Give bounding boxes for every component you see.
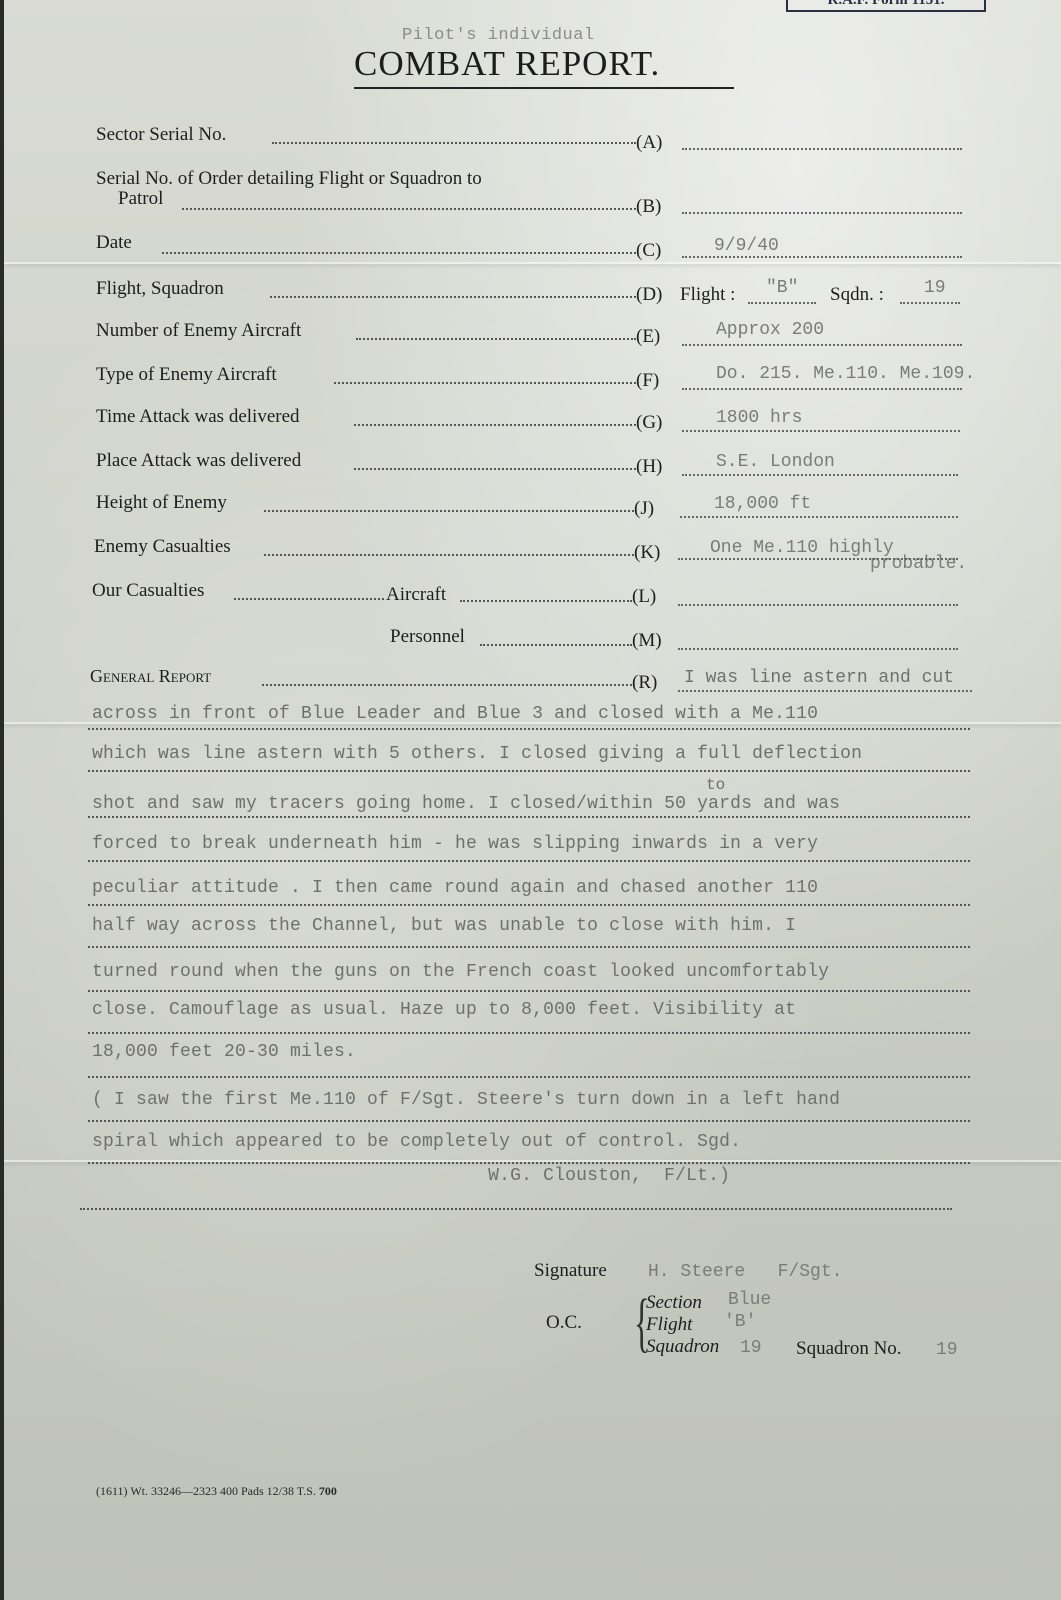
print-footer: (1611) Wt. 33246—2323 400 Pads 12/38 T.S… <box>96 1484 337 1499</box>
field-order-serial: Serial No. of Order detailing Flight or … <box>4 168 1061 216</box>
field-value: S.E. London <box>716 452 835 472</box>
report-line: W.G. Clouston, F/Lt.) <box>92 1166 972 1186</box>
report-insertion: to <box>706 776 725 794</box>
sqdn-value-line[interactable] <box>900 302 960 304</box>
flight-label: Flight : <box>680 284 735 306</box>
section-value: Blue <box>728 1290 771 1310</box>
report-line: turned round when the guns on the French… <box>92 962 972 982</box>
value-line[interactable] <box>682 430 960 432</box>
report-rule <box>88 816 970 818</box>
paper-fold <box>4 262 1061 264</box>
dotted-leader <box>270 296 636 298</box>
oc-label: O.C. <box>546 1312 582 1334</box>
field-code: (R) <box>632 672 657 694</box>
signature-label: Signature <box>534 1260 607 1282</box>
field-label: Time Attack was delivered <box>96 406 300 428</box>
field-code: (B) <box>636 196 661 218</box>
field-enemy-height: Height of Enemy (J) 18,000 ft <box>4 490 1061 520</box>
dotted-leader <box>182 208 636 210</box>
general-report-label: General Report <box>90 666 211 687</box>
squadron-label: Squadron <box>646 1336 719 1358</box>
field-code: (J) <box>634 498 654 520</box>
report-rule <box>80 1208 952 1210</box>
dotted-leader <box>354 468 636 470</box>
field-value: 18,000 ft <box>714 494 811 514</box>
dotted-leader <box>334 382 636 384</box>
sqdn-value: 19 <box>924 278 946 298</box>
value-line[interactable] <box>682 212 962 214</box>
report-rule <box>88 990 970 992</box>
report-first-line: I was line astern and cut <box>684 668 954 688</box>
field-value: Approx 200 <box>716 320 824 340</box>
flight-value: "B" <box>766 278 798 298</box>
report-line: close. Camouflage as usual. Haze up to 8… <box>92 1000 972 1020</box>
field-code: (D) <box>636 284 662 306</box>
report-rule <box>88 1120 970 1122</box>
combat-report-document: R.A.F. Form 1151. Pilot's individual COM… <box>4 0 1061 1600</box>
form-number-box: R.A.F. Form 1151. <box>786 0 986 12</box>
field-label: Number of Enemy Aircraft <box>96 320 301 342</box>
dotted-leader <box>262 684 632 686</box>
field-code: (G) <box>636 412 662 434</box>
report-line: forced to break underneath him - he was … <box>92 834 972 854</box>
dotted-leader <box>264 554 634 556</box>
report-subtitle: Pilot's individual <box>402 26 595 45</box>
field-sublabel: Personnel <box>390 626 465 648</box>
section-label: Section <box>646 1292 702 1314</box>
dotted-leader <box>480 644 632 646</box>
dotted-leader <box>272 142 636 144</box>
field-code: (H) <box>636 456 662 478</box>
field-code: (A) <box>636 132 662 154</box>
report-line: shot and saw my tracers going home. I cl… <box>92 794 972 814</box>
field-label: Enemy Casualties <box>94 536 231 558</box>
field-sublabel: Aircraft <box>386 584 446 606</box>
dotted-leader <box>264 510 634 512</box>
print-code: 700 <box>319 1484 337 1498</box>
flight-label: Flight <box>646 1314 692 1336</box>
field-label: Flight, Squadron <box>96 278 224 300</box>
general-report-header: General Report (R) I was line astern and… <box>4 664 1061 694</box>
field-attack-place: Place Attack was delivered (H) S.E. Lond… <box>4 448 1061 478</box>
field-our-casualties-personnel: Personnel (M) <box>4 624 1061 654</box>
report-line: spiral which appeared to be completely o… <box>92 1132 972 1152</box>
value-line <box>678 690 972 692</box>
report-line: which was line astern with 5 others. I c… <box>92 744 972 764</box>
report-rule <box>88 1032 970 1034</box>
squadron-value: 19 <box>740 1338 762 1358</box>
sqdn-label: Sqdn. : <box>830 284 884 306</box>
field-code: (K) <box>634 542 660 564</box>
value-line[interactable] <box>678 648 958 650</box>
field-enemy-count: Number of Enemy Aircraft (E) Approx 200 <box>4 318 1061 348</box>
field-enemy-casualties: Enemy Casualties (K) One Me.110 highly p… <box>4 534 1061 578</box>
signature-value: H. Steere F/Sgt. <box>648 1262 842 1282</box>
field-code: (E) <box>636 326 660 348</box>
value-line[interactable] <box>678 558 958 560</box>
dotted-leader <box>162 252 636 254</box>
report-rule <box>88 1162 970 1164</box>
report-line: peculiar attitude . I then came round ag… <box>92 878 972 898</box>
field-code: (C) <box>636 240 661 262</box>
report-rule <box>88 728 970 730</box>
value-line[interactable] <box>682 148 962 150</box>
field-label: Place Attack was delivered <box>96 450 301 472</box>
report-rule <box>88 946 970 948</box>
report-rule <box>88 770 970 772</box>
field-label: Serial No. of Order detailing Flight or … <box>96 168 482 190</box>
field-label: Type of Enemy Aircraft <box>96 364 277 386</box>
field-date: Date (C) 9/9/40 <box>4 232 1061 262</box>
field-value-cont: probable. <box>870 554 967 574</box>
field-value: 9/9/40 <box>714 236 779 256</box>
report-rule <box>88 904 970 906</box>
field-value: 1800 hrs <box>716 408 802 428</box>
field-label: Sector Serial No. <box>96 124 226 146</box>
field-value: Do. 215. Me.110. Me.109. <box>716 364 975 384</box>
flight-value: 'B' <box>724 1312 756 1332</box>
field-attack-time: Time Attack was delivered (G) 1800 hrs <box>4 404 1061 434</box>
squadron-no-value: 19 <box>936 1340 958 1360</box>
value-line[interactable] <box>682 388 962 390</box>
field-code: (L) <box>632 586 656 608</box>
field-sector-serial: Sector Serial No. (A) <box>4 124 1061 154</box>
report-line: ( I saw the first Me.110 of F/Sgt. Steer… <box>92 1090 972 1110</box>
field-label: Height of Enemy <box>96 492 227 514</box>
report-title: COMBAT REPORT. <box>354 44 660 84</box>
dotted-leader <box>354 424 636 426</box>
field-code: (M) <box>632 630 662 652</box>
value-line[interactable] <box>682 474 958 476</box>
report-rule <box>88 860 970 862</box>
report-rule <box>88 1076 970 1078</box>
value-line[interactable] <box>678 604 958 606</box>
squadron-no-label: Squadron No. <box>796 1338 902 1360</box>
title-underline <box>354 87 734 89</box>
report-line: 18,000 feet 20-30 miles. <box>92 1042 972 1062</box>
field-our-casualties-aircraft: Our Casualties Aircraft (L) <box>4 578 1061 608</box>
field-label-cont: Patrol <box>118 188 163 210</box>
dotted-leader <box>234 598 384 600</box>
report-line: across in front of Blue Leader and Blue … <box>92 704 972 724</box>
field-code: (F) <box>636 370 659 392</box>
report-line: half way across the Channel, but was una… <box>92 916 972 936</box>
field-value: One Me.110 highly <box>710 538 894 558</box>
field-enemy-type: Type of Enemy Aircraft (F) Do. 215. Me.1… <box>4 362 1061 392</box>
field-label: Date <box>96 232 132 254</box>
flight-value-line[interactable] <box>748 302 816 304</box>
value-line[interactable] <box>682 344 962 346</box>
value-line[interactable] <box>680 516 958 518</box>
print-info: (1611) Wt. 33246—2323 400 Pads 12/38 T.S… <box>96 1484 316 1498</box>
dotted-leader <box>460 600 632 602</box>
field-label: Our Casualties <box>92 580 204 602</box>
dotted-leader <box>356 338 636 340</box>
value-line[interactable] <box>682 256 962 258</box>
field-flight-squadron: Flight, Squadron (D) Flight : "B" Sqdn. … <box>4 276 1061 306</box>
